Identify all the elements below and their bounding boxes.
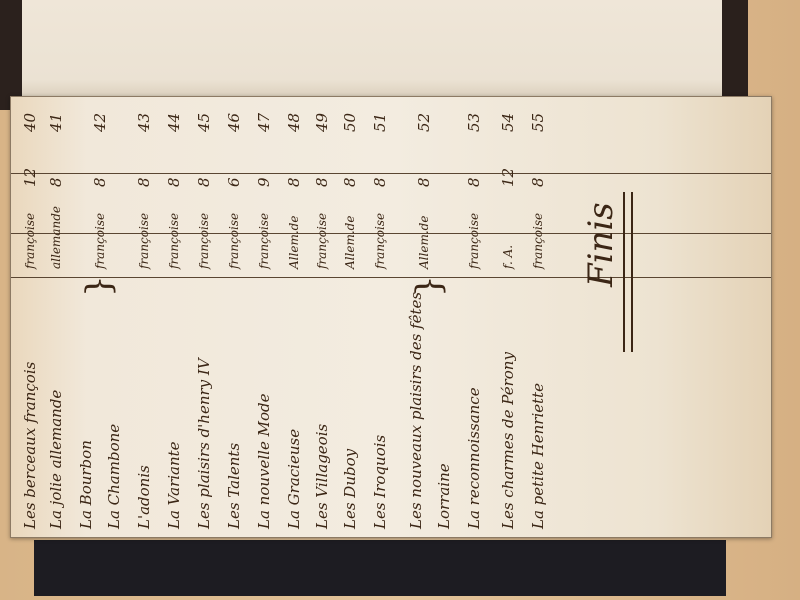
index-entry: Les plaisirs d'henry IV françoise 8 45 [191,97,221,537]
entry-title: Les Iroquois [371,435,389,529]
entry-kind: françoise [373,213,387,269]
entry-count: 8 [465,177,483,187]
entry-title: La Chambone [105,424,123,529]
index-entry: Les nouveaux plaisirs des fêtes Allem.de… [403,97,433,537]
entry-page: 43 [135,113,153,132]
entry-count: 12 [21,168,39,187]
entry-count: 8 [313,177,331,187]
index-entry: Les Talents françoise 6 46 [221,97,251,537]
index-entry: Les Villageois françoise 8 49 [309,97,339,537]
entry-kind: françoise [227,213,241,269]
entry-page: 40 [21,113,39,132]
entry-kind: françoise [257,213,271,269]
index-entry: La petite Henriette françoise 8 55 [525,97,555,537]
entry-page: 49 [313,113,331,132]
entry-count: 8 [529,177,547,187]
book-spine-strip [34,540,726,596]
index-entry: La Chambone } [101,97,131,537]
double-rule [623,192,633,352]
entry-count: 8 [135,177,153,187]
entry-title: La Gracieuse [285,429,303,529]
entry-title: La nouvelle Mode [255,394,273,529]
entry-kind: françoise [167,213,181,269]
entry-kind: françoise [197,213,211,269]
entry-kind: Allem.de [417,216,431,269]
entry-count: 8 [341,177,359,187]
index-entry: Les Duboy Allem.de 8 50 [337,97,367,537]
entry-title: Les plaisirs d'henry IV [195,358,213,529]
entry-title: La jolie allemande [47,390,65,529]
closing-word: Finis [581,202,621,287]
index-entry: La Gracieuse Allem.de 8 48 [281,97,311,537]
entry-count: 6 [225,177,243,187]
entry-count: 8 [195,177,213,187]
entry-kind: allemande [49,206,63,269]
entry-title: L'adonis [135,465,153,529]
entry-title: Les charmes de Pérony [499,352,517,529]
manuscript-page: Les berceaux françois françoise 12 40 La… [10,96,772,538]
entry-page: 44 [165,113,183,132]
index-entry: La Variante françoise 8 44 [161,97,191,537]
index-entry: Lorraine } [431,97,461,537]
entry-kind: françoise [137,213,151,269]
entry-title: La Variante [165,441,183,529]
entry-page: 41 [47,113,65,132]
entry-title: Les Talents [225,443,243,529]
index-entry: La nouvelle Mode françoise 9 47 [251,97,281,537]
entry-count: 12 [499,168,517,187]
entry-page: 51 [371,113,389,132]
index-entry: Les charmes de Pérony f. A. 12 54 [495,97,525,537]
bracket-icon: } [409,275,449,297]
index-entry: La Bourbon françoise 8 42 [73,97,103,537]
entry-count: 8 [165,177,183,187]
entry-title: Lorraine [435,463,453,529]
entry-count: 8 [371,177,389,187]
entry-count: 8 [47,177,65,187]
entry-title: La petite Henriette [529,383,547,529]
entry-title: Les Duboy [341,449,359,529]
index-entry: L'adonis françoise 8 43 [131,97,161,537]
entry-kind: Allem.de [287,216,301,269]
entry-title: La Bourbon [77,440,95,529]
entry-page: 45 [195,113,213,132]
index-entry: Les Iroquois françoise 8 51 [367,97,397,537]
entry-title: Les nouveaux plaisirs des fêtes [407,292,425,529]
entry-page: 54 [499,113,517,132]
entry-page: 48 [285,113,303,132]
entry-page: 50 [341,113,359,132]
entry-title: Les berceaux françois [21,362,39,529]
entry-kind: Allem.de [343,216,357,269]
bracket-icon: } [79,275,119,297]
facing-page [22,0,722,102]
index-entry: La jolie allemande allemande 8 41 [43,97,73,537]
index-list: Les berceaux françois françoise 12 40 La… [11,97,771,537]
entry-title: La reconnoissance [465,387,483,529]
entry-title: Les Villageois [313,424,331,529]
entry-page: 46 [225,113,243,132]
entry-page: 53 [465,113,483,132]
entry-kind: françoise [467,213,481,269]
entry-count: 9 [255,177,273,187]
entry-kind: françoise [23,213,37,269]
entry-page: 47 [255,113,273,132]
entry-count: 8 [285,177,303,187]
entry-kind: françoise [531,213,545,269]
index-entry: La reconnoissance françoise 8 53 [461,97,491,537]
entry-kind: f. A. [501,245,515,269]
entry-kind: françoise [315,213,329,269]
entry-page: 55 [529,113,547,132]
